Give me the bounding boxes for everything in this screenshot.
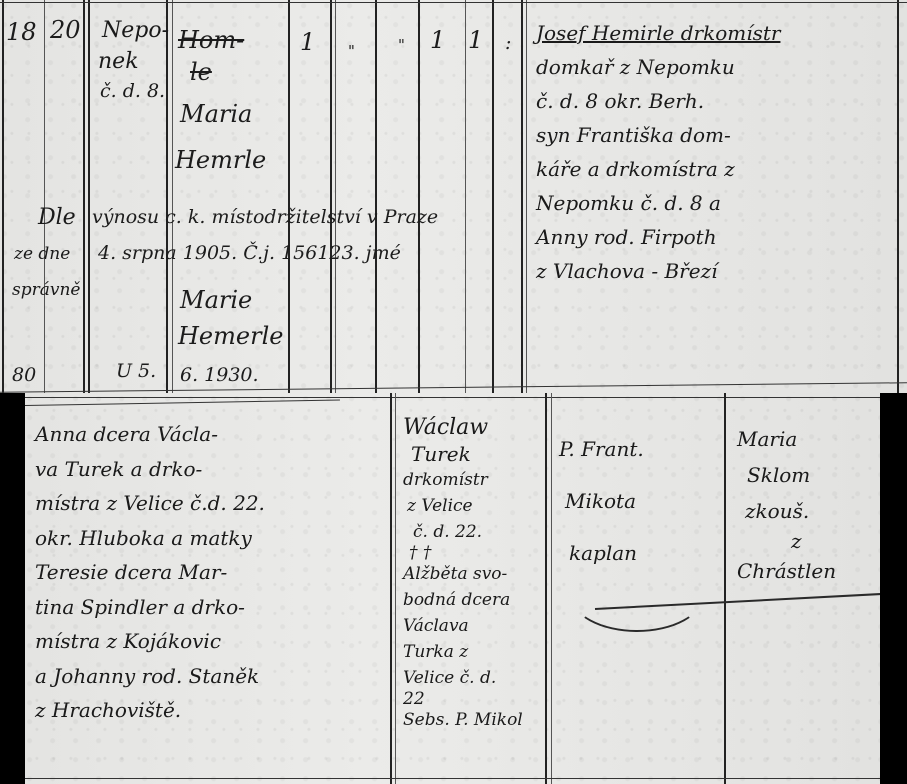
mother-line: tina Spindler a drko- [35, 590, 265, 625]
column-rule [418, 0, 420, 393]
row-rule [25, 397, 880, 398]
ditto-mark: " [398, 38, 405, 53]
midwife-line: Maria [737, 421, 836, 457]
column-rule [545, 393, 547, 784]
midwife-cell: Maria Sklom zkouš. z Chrástlen [733, 421, 836, 589]
annotation-left: Dle ze dne správně [14, 200, 80, 308]
column-rule [897, 0, 899, 393]
godparent-line: 22 [403, 691, 523, 707]
column-rule [465, 0, 466, 393]
column-rule [521, 0, 523, 393]
father-line: Josef Hemirle drkomístr [536, 16, 780, 50]
column-rule [83, 0, 85, 393]
struck-name: Hom- [178, 28, 244, 52]
column-rule [330, 0, 332, 393]
midwife-line: Chrástlen [737, 553, 836, 589]
godparent-line: Velice č. d. [403, 665, 523, 691]
row-rule [25, 400, 340, 406]
sex-mark: 1 [300, 30, 315, 54]
father-line: č. d. 8 okr. Berh. [536, 84, 780, 118]
mother-line: va Turek a drko- [35, 452, 265, 487]
column-rule [172, 0, 173, 393]
struck-name-2: le [190, 60, 212, 84]
signature-flourish [570, 558, 704, 632]
godparent-line: Turek [411, 441, 523, 467]
child-first-name: Maria [180, 102, 252, 126]
priest-line: P. Frant. [559, 423, 644, 475]
column-rule [492, 0, 494, 393]
father-line: syn Františka dom- [536, 118, 780, 152]
mother-line: z Hrachoviště. [35, 693, 265, 728]
ditto-mark: " [348, 44, 355, 59]
mother-line: okr. Hluboka a matky [35, 521, 265, 556]
annotation-new-surname: Hemerle [178, 324, 283, 348]
godparent-line: Wáclaw [403, 415, 523, 441]
midwife-line: zkouš. [745, 493, 836, 529]
row-rule [25, 778, 880, 779]
column-rule [526, 0, 527, 393]
mother-line: místra z Velice č.d. 22. [35, 486, 265, 521]
legitimacy-mark: 1 [468, 28, 483, 52]
register-bottom-strip: Anna dcera Václa- va Turek a drko- místr… [25, 393, 880, 784]
godparent-line: † † [409, 545, 523, 561]
godparent-line: Alžběta svo- [403, 561, 523, 587]
godparent-line: Sebs. P. Mikol [403, 707, 523, 733]
entry-day: 18 [6, 20, 37, 44]
father-line: káře a drkomístra z [536, 152, 780, 186]
midwife-line: z [791, 529, 836, 553]
midwife-line: Sklom [747, 457, 836, 493]
mother-line: Teresie dcera Mar- [35, 555, 265, 590]
child-surname: Hemrle [175, 148, 266, 172]
annotation-initials: U 5. [116, 362, 156, 381]
annotation-year: 6. 1930. [180, 366, 259, 385]
godparents-cell: Wáclaw Turek drkomístr z Velice č. d. 22… [403, 415, 523, 733]
godparent-line: drkomístr [403, 467, 523, 493]
annotation-new-first-name: Marie [180, 288, 252, 312]
father-line: z Vlachova - Březí [536, 254, 780, 288]
father-line: Anny rod. Firpoth [536, 220, 780, 254]
mother-cell: Anna dcera Václa- va Turek a drko- místr… [35, 417, 265, 728]
column-rule [395, 393, 396, 784]
column-rule [724, 393, 726, 784]
column-rule [2, 0, 4, 393]
row-rule [0, 2, 907, 3]
mother-line: Anna dcera Václa- [35, 417, 265, 452]
godparent-line: bodná dcera [403, 587, 523, 613]
godparent-line: Turka z [403, 639, 523, 665]
column-rule [44, 0, 45, 393]
house-number-cell: Nepo- nek č. d. 8. [96, 18, 169, 102]
legitimacy-mark: 1 [430, 28, 445, 52]
colon-mark: : [505, 34, 511, 53]
mother-line: místra z Kojákovic [35, 624, 265, 659]
annotation-decree: výnosu c. k. místodržitelství v Praze [92, 208, 438, 227]
column-rule [335, 0, 336, 393]
mother-line: a Johanny rod. Staněk [35, 659, 265, 694]
priest-line: Mikota [565, 475, 644, 527]
priest-cell: P. Frant. Mikota kaplan [559, 423, 644, 579]
godparent-line: Václava [403, 613, 523, 639]
annotation-date-ref: 4. srpna 1905. Č.j. 156123. jmé [98, 244, 401, 263]
column-rule [390, 393, 392, 784]
column-rule [88, 0, 90, 393]
register-top-strip: 18 20 Nepo- nek č. d. 8. Hom- le Maria H… [0, 0, 907, 393]
row-rule [0, 382, 907, 392]
column-rule [288, 0, 290, 393]
godparent-line: č. d. 22. [413, 519, 523, 545]
annotation-number: 80 [12, 366, 36, 385]
father-line: Nepomku č. d. 8 a [536, 186, 780, 220]
column-rule [551, 393, 552, 784]
column-rule [375, 0, 377, 393]
father-cell: Josef Hemirle drkomístr domkař z Nepomku… [536, 16, 780, 288]
godparent-line: z Velice [407, 493, 523, 519]
father-line: domkař z Nepomku [536, 50, 780, 84]
entry-month: 20 [50, 18, 81, 42]
